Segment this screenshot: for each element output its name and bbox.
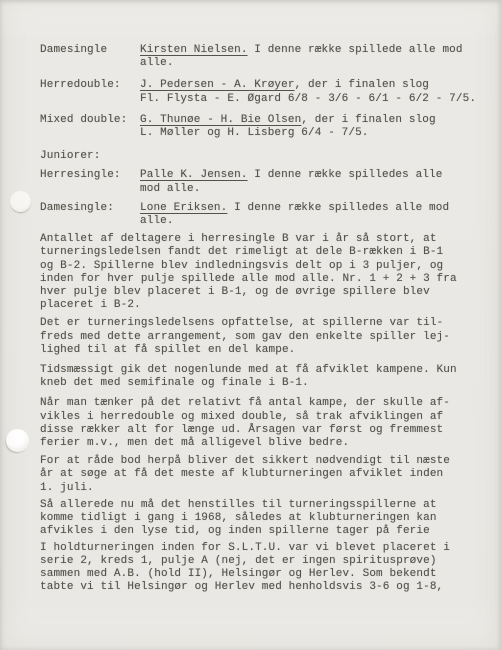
category-label: Damesingle: <box>40 202 140 215</box>
result-row-junior-herresingle: Herresingle: Palle K. Jensen. I denne ræ… <box>40 169 480 195</box>
winner-name: Kirsten Nielsen. <box>140 44 248 56</box>
paragraph: I holdturneringen inden for S.L.T.U. var… <box>40 542 480 595</box>
result-text: J. Pedersen - A. Krøyer, der i finalen s… <box>140 79 480 105</box>
result-text: Lone Eriksen. I denne række spilledes al… <box>140 202 480 228</box>
paragraph: Tidsmæssigt gik det nogenlunde med at få… <box>40 364 480 390</box>
winner-name: G. Thunøe - H. Bie Olsen <box>140 114 301 126</box>
category-label: Mixed double: <box>40 114 140 127</box>
result-text: Kirsten Nielsen. I denne række spillede … <box>140 44 480 70</box>
paragraph: For at råde bod herpå bliver det sikkert… <box>40 455 480 495</box>
result-text: G. Thunøe - H. Bie Olsen, der i finalen … <box>140 114 480 140</box>
category-label: Damesingle <box>40 44 140 57</box>
paragraph: Antallet af deltagere i herresingle B va… <box>40 233 480 312</box>
category-label: Herredouble: <box>40 79 140 92</box>
punch-hole-top <box>10 191 31 212</box>
paragraph: Når man tænker på det relativt få antal … <box>40 397 480 450</box>
punch-hole-bottom <box>6 429 29 452</box>
paragraph: Så allerede nu må det henstilles til tur… <box>40 499 480 539</box>
result-text: Palle K. Jensen. I denne række spilledes… <box>140 169 480 195</box>
result-row-mixed-double: Mixed double: G. Thunøe - H. Bie Olsen, … <box>40 114 480 140</box>
result-row-damesingle: Damesingle Kirsten Nielsen. I denne rækk… <box>40 44 480 70</box>
juniors-heading: Juniorer: <box>40 150 480 163</box>
winner-name: J. Pedersen - A. Krøyer <box>140 79 295 91</box>
winner-name: Lone Eriksen. <box>140 202 227 214</box>
document-body: Damesingle Kirsten Nielsen. I denne rækk… <box>40 44 480 594</box>
paragraph: Det er turneringsledelsens opfattelse, a… <box>40 317 480 357</box>
winner-name: Palle K. Jensen. <box>140 169 248 181</box>
scanned-document-page: Damesingle Kirsten Nielsen. I denne rækk… <box>0 0 501 650</box>
category-label: Herresingle: <box>40 169 140 182</box>
result-row-junior-damesingle: Damesingle: Lone Eriksen. I denne række … <box>40 202 480 228</box>
result-row-herredouble: Herredouble: J. Pedersen - A. Krøyer, de… <box>40 79 480 105</box>
